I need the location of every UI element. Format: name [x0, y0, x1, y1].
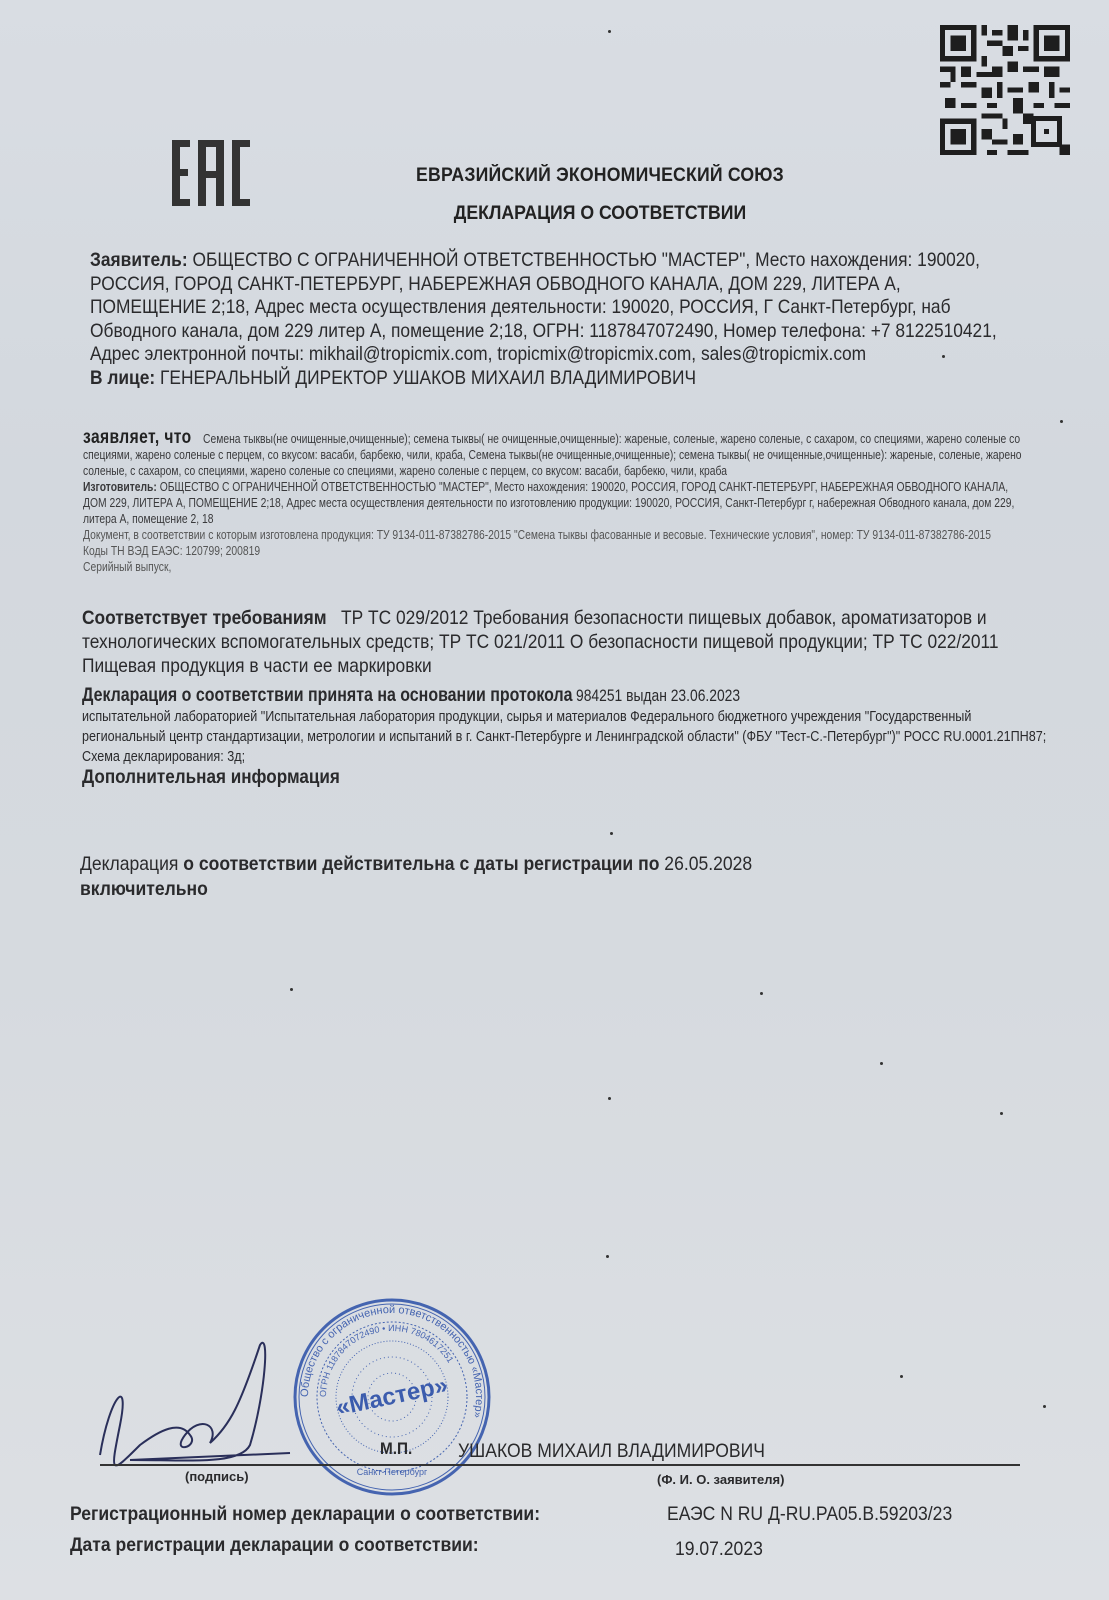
- signature-caption: (подпись): [185, 1469, 249, 1484]
- paper-speck: [608, 1097, 611, 1100]
- validity-label: о соответствии действительна с даты реги…: [183, 853, 659, 875]
- product-description: Семена тыквы(не очищенные,очищенные); се…: [83, 432, 1022, 478]
- qr-code[interactable]: [940, 24, 1070, 156]
- signature-scribble: [90, 1335, 300, 1475]
- paper-speck: [1000, 1112, 1003, 1115]
- protocol-number: 984251 выдан 23.06.2023: [576, 687, 740, 705]
- paper-speck: [1043, 1405, 1046, 1408]
- applicant-details: ОБЩЕСТВО С ОГРАНИЧЕННОЙ ОТВЕТСТВЕННОСТЬЮ…: [90, 249, 997, 365]
- person-label: В лице:: [90, 367, 155, 389]
- protocol-label: Декларация о соответствии принята на осн…: [82, 685, 572, 706]
- validity-prefix: Декларация: [80, 853, 178, 875]
- paper-speck: [606, 1255, 609, 1258]
- protocol-lab: испытательной лабораторией "Испытательна…: [82, 708, 1046, 765]
- union-heading: ЕВРАЗИЙСКИЙ ЭКОНОМИЧЕСКИЙ СОЮЗ: [42, 165, 1109, 187]
- manufacturer-label: Изготовитель:: [83, 480, 157, 494]
- customs-codes: Коды ТН ВЭД ЕАЭС: 120799; 200819: [83, 544, 260, 558]
- paper-speck: [290, 988, 293, 991]
- standard-document: Документ, в соответствии с которым изгот…: [83, 528, 991, 542]
- stamp-place-label: М.П.: [380, 1439, 412, 1459]
- declaration-details: заявляет, чтоСемена тыквы(не очищенные,о…: [83, 430, 1026, 575]
- serial-release: Серийный выпуск,: [83, 560, 171, 574]
- applicant-block: Заявитель: ОБЩЕСТВО С ОГРАНИЧЕННОЙ ОТВЕТ…: [90, 249, 1007, 391]
- registration-date-label: Дата регистрации декларации о соответств…: [70, 1534, 479, 1557]
- person-name: ГЕНЕРАЛЬНЫЙ ДИРЕКТОР УШАКОВ МИХАИЛ ВЛАДИ…: [160, 367, 696, 389]
- paper-speck: [610, 832, 613, 835]
- protocol-block: Декларация о соответствии принята на осн…: [82, 686, 1048, 767]
- paper-speck: [608, 30, 611, 33]
- stamp-center: «Мастер»: [334, 1372, 451, 1422]
- applicant-label: Заявитель:: [90, 249, 188, 271]
- validity-suffix: включительно: [80, 878, 208, 900]
- fio-caption: (Ф. И. О. заявителя): [657, 1472, 784, 1487]
- paper-speck: [942, 355, 945, 358]
- stamp-city: Санкт-Петербург: [357, 1467, 428, 1477]
- paper-speck: [760, 992, 763, 995]
- paper-speck: [900, 1375, 903, 1378]
- validity-date: 26.05.2028: [664, 853, 752, 875]
- registration-number: ЕАЭС N RU Д-RU.PA05.B.59203/23: [667, 1503, 952, 1526]
- paper-speck: [880, 1062, 883, 1065]
- company-stamp: Общество с ограниченной ответственностью…: [292, 1297, 492, 1497]
- document-title: ДЕКЛАРАЦИЯ О СООТВЕТСТВИИ: [42, 203, 1109, 225]
- registration-date: 19.07.2023: [675, 1538, 763, 1561]
- validity-block: Декларация о соответствии действительна …: [80, 852, 980, 902]
- registration-number-label: Регистрационный номер декларации о соотв…: [70, 1503, 540, 1526]
- declares-label: заявляет, что: [83, 427, 192, 448]
- requirements-label: Соответствует требованиям: [82, 607, 327, 629]
- manufacturer-details: ОБЩЕСТВО С ОГРАНИЧЕННОЙ ОТВЕТСТВЕННОСТЬЮ…: [83, 480, 1014, 526]
- signer-name: УШАКОВ МИХАИЛ ВЛАДИМИРОВИЧ: [458, 1440, 765, 1463]
- signature-line: [100, 1464, 1020, 1466]
- additional-info-heading: Дополнительная информация: [82, 767, 340, 789]
- paper-speck: [1060, 420, 1063, 423]
- requirements-block: Соответствует требованиям ТР ТС 029/2012…: [82, 606, 1025, 678]
